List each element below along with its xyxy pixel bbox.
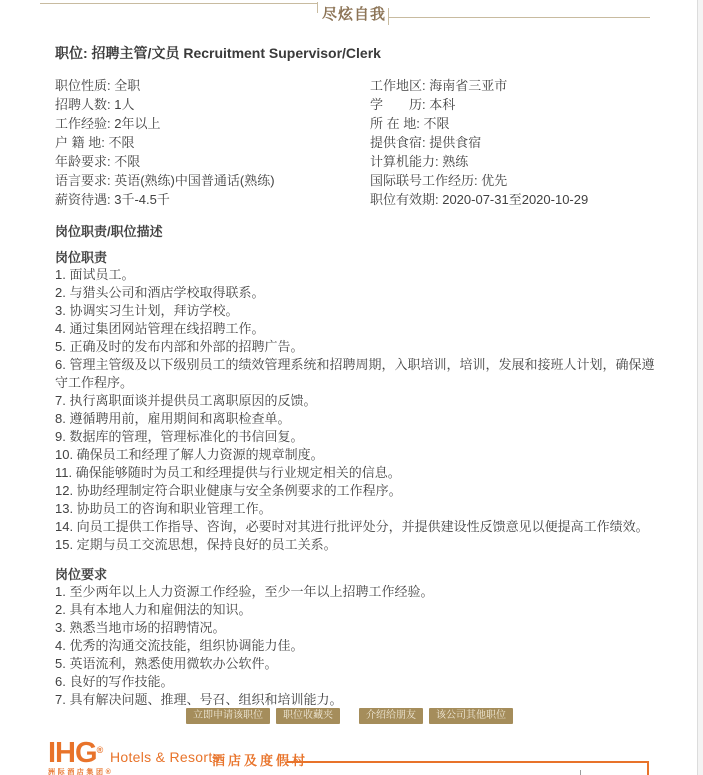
duty-item: 1. 面试员工。 bbox=[55, 266, 661, 284]
other-jobs-button[interactable]: 该公司其他职位 bbox=[429, 708, 513, 724]
job-posting-content: 职位: 招聘主管/文员 Recruitment Supervisor/Clerk… bbox=[55, 44, 661, 709]
duty-item: 12. 协助经理制定符合职业健康与安全条例要求的工作程序。 bbox=[55, 482, 661, 500]
duty-item: 10. 确保员工和经理了解人力资源的规章制度。 bbox=[55, 446, 661, 464]
duty-item: 8. 遵循聘用前，雇用期间和离职检查单。 bbox=[55, 410, 661, 428]
header-rule-right bbox=[389, 17, 650, 18]
brand-name-english: Hotels & Resorts bbox=[110, 749, 220, 765]
detail-row: 计算机能力: 熟练 bbox=[370, 152, 661, 171]
footer-orange-rule-corner bbox=[647, 761, 649, 775]
detail-row: 提供食宿: 提供食宿 bbox=[370, 133, 661, 152]
header-slogan: 尽炫自我 bbox=[322, 3, 386, 24]
footer-gray-tick bbox=[580, 770, 581, 775]
duties-list: 1. 面试员工。 2. 与猎头公司和酒店学校取得联系。 3. 协调实习生计划，拜… bbox=[55, 266, 661, 554]
job-title: 职位: 招聘主管/文员 Recruitment Supervisor/Clerk bbox=[55, 44, 661, 62]
detail-row: 薪资待遇: 3千-4.5千 bbox=[55, 190, 370, 209]
duty-item: 4. 通过集团网站管理在线招聘工作。 bbox=[55, 320, 661, 338]
description-heading: 岗位职责/职位描述 bbox=[55, 223, 661, 240]
duty-item: 13. 协助员工的咨询和职业管理工作。 bbox=[55, 500, 661, 518]
requirement-item: 6. 良好的写作技能。 bbox=[55, 673, 661, 691]
duty-item: 15. 定期与员工交流思想，保持良好的员工关系。 bbox=[55, 536, 661, 554]
duties-heading: 岗位职责 bbox=[55, 249, 661, 266]
requirement-item: 4. 优秀的沟通交流技能，组织协调能力佳。 bbox=[55, 637, 661, 655]
requirements-list: 1. 至少两年以上人力资源工作经验，至少一年以上招聘工作经验。 2. 具有本地人… bbox=[55, 583, 661, 709]
detail-row: 所 在 地: 不限 bbox=[370, 114, 661, 133]
detail-row: 户 籍 地: 不限 bbox=[55, 133, 370, 152]
duty-item: 9. 数据库的管理，管理标准化的书信回复。 bbox=[55, 428, 661, 446]
detail-row: 学 历: 本科 bbox=[370, 95, 661, 114]
job-details-left-column: 职位性质: 全职 招聘人数: 1人 工作经验: 2年以上 户 籍 地: 不限 年… bbox=[55, 76, 370, 209]
refer-friend-button[interactable]: 介绍给朋友 bbox=[359, 708, 423, 724]
action-buttons-row: 立即申请该职位 职位收藏夹 介绍给朋友 该公司其他职位 bbox=[186, 708, 513, 724]
ihg-logo: IHG® 洲际酒店集团® bbox=[48, 738, 113, 775]
job-details-right-column: 工作地区: 海南省三亚市 学 历: 本科 所 在 地: 不限 提供食宿: 提供食… bbox=[370, 76, 661, 209]
detail-row: 国际联号工作经历: 优先 bbox=[370, 171, 661, 190]
registered-mark-icon: ® bbox=[97, 745, 104, 755]
footer-orange-rule bbox=[287, 761, 649, 763]
duty-item: 5. 正确及时的发布内部和外部的招聘广告。 bbox=[55, 338, 661, 356]
ihg-logo-text: IHG® bbox=[48, 738, 113, 766]
detail-row: 招聘人数: 1人 bbox=[55, 95, 370, 114]
detail-row: 职位性质: 全职 bbox=[55, 76, 370, 95]
duty-item: 11. 确保能够随时为员工和经理提供与行业规定相关的信息。 bbox=[55, 464, 661, 482]
requirement-item: 2. 具有本地人力和雇佣法的知识。 bbox=[55, 601, 661, 619]
requirement-item: 5. 英语流利，熟悉使用微软办公软件。 bbox=[55, 655, 661, 673]
duty-item: 3. 协调实习生计划，拜访学校。 bbox=[55, 302, 661, 320]
requirements-heading: 岗位要求 bbox=[55, 566, 661, 583]
requirement-item: 3. 熟悉当地市场的招聘情况。 bbox=[55, 619, 661, 637]
job-details: 职位性质: 全职 招聘人数: 1人 工作经验: 2年以上 户 籍 地: 不限 年… bbox=[55, 76, 661, 209]
detail-row: 工作经验: 2年以上 bbox=[55, 114, 370, 133]
brand-name-chinese: 酒店及度假村 bbox=[212, 750, 308, 769]
apply-button[interactable]: 立即申请该职位 bbox=[186, 708, 270, 724]
detail-row: 职位有效期: 2020-07-31至2020-10-29 bbox=[370, 190, 661, 209]
detail-row: 年龄要求: 不限 bbox=[55, 152, 370, 171]
requirement-item: 1. 至少两年以上人力资源工作经验，至少一年以上招聘工作经验。 bbox=[55, 583, 661, 601]
header-tick-left bbox=[317, 2, 318, 13]
duty-item: 14. 向员工提供工作指导、咨询，必要时对其进行批评处分，并提供建设性反馈意见以… bbox=[55, 518, 661, 536]
favorites-button[interactable]: 职位收藏夹 bbox=[276, 708, 340, 724]
page-right-edge bbox=[697, 0, 703, 775]
header-rule-left bbox=[40, 3, 317, 4]
duty-item: 6. 管理主管级及以下级别员工的绩效管理系统和招聘周期，入职培训，培训，发展和接… bbox=[55, 356, 661, 392]
duty-item: 7. 执行离职面谈并提供员工离职原因的反馈。 bbox=[55, 392, 661, 410]
ihg-logo-chinese: 洲际酒店集团® bbox=[48, 767, 113, 775]
detail-row: 语言要求: 英语(熟练)中国普通话(熟练) bbox=[55, 171, 370, 190]
detail-row: 工作地区: 海南省三亚市 bbox=[370, 76, 661, 95]
duty-item: 2. 与猎头公司和酒店学校取得联系。 bbox=[55, 284, 661, 302]
requirement-item: 7. 具有解决问题、推理、号召、组织和培训能力。 bbox=[55, 691, 661, 709]
